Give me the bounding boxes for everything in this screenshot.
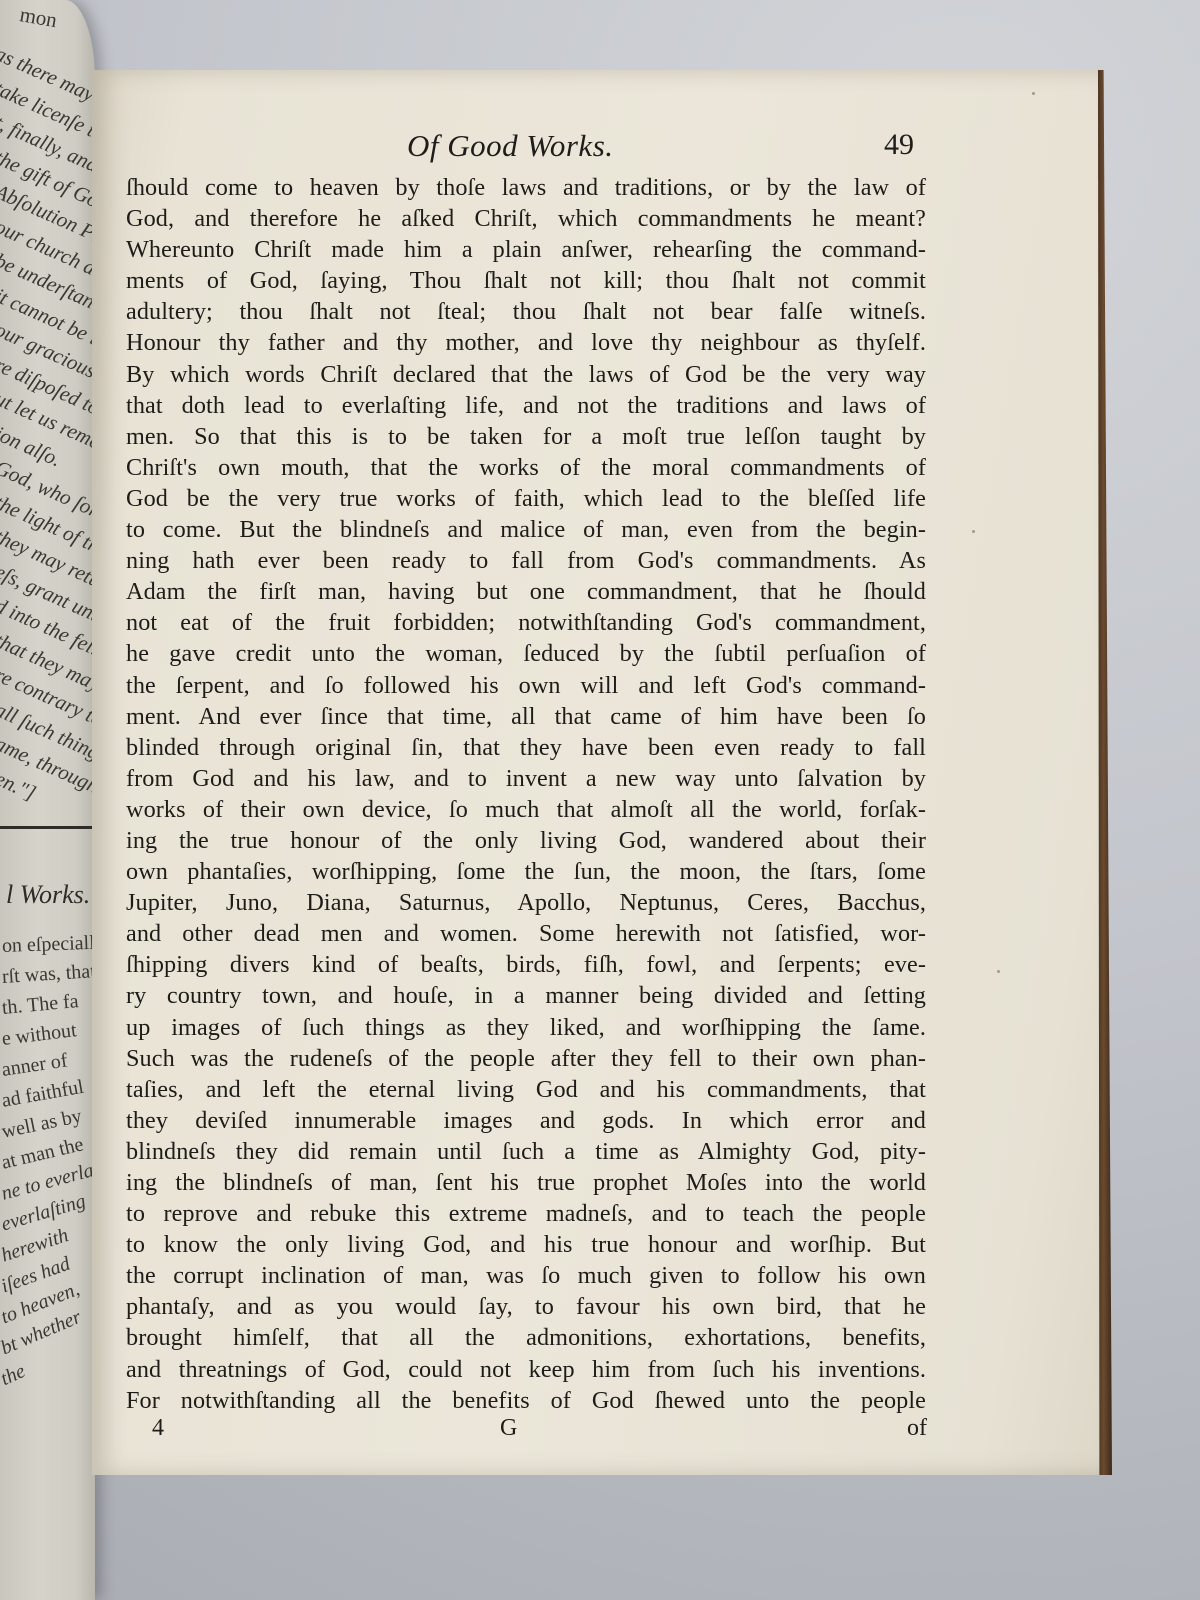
page-footer: 4 G of xyxy=(92,1415,1104,1447)
text-line: to reprove and rebuke this extreme madne… xyxy=(126,1198,926,1229)
text-line: ments of God, ſaying, Thou ſhalt not kil… xyxy=(126,265,926,296)
book-page: Of Good Works. 49 ſhould come to heaven … xyxy=(92,70,1104,1475)
text-line: ry country town, and houſe, in a manner … xyxy=(126,980,926,1011)
text-line: he gave credit unto the woman, ſeduced b… xyxy=(126,638,926,669)
facing-page-text-fragment: anner of xyxy=(0,1049,69,1081)
signature-mark: G xyxy=(500,1415,517,1442)
text-line: works of their own device, ſo much that … xyxy=(126,794,926,825)
text-line: ment. And ever ſince that time, all that… xyxy=(126,701,926,732)
facing-page-text-fragment: e without xyxy=(1,1019,78,1051)
signature-number: 4 xyxy=(152,1415,164,1442)
facing-page-subheading: l Works. xyxy=(6,880,90,910)
text-line: that doth lead to everlaſting life, and … xyxy=(126,390,926,421)
text-line: brought himſelf, that all the admonition… xyxy=(126,1322,926,1353)
text-line: God, and therefore he aſked Chriſt, whic… xyxy=(126,203,926,234)
facing-page-text-fragment: the xyxy=(0,1360,29,1391)
text-line: own phantaſies, worſhipping, ſome the ſu… xyxy=(126,856,926,887)
text-line: the corrupt inclination of man, was ſo m… xyxy=(126,1260,926,1291)
text-line: By which words Chriſt declared that the … xyxy=(126,359,926,390)
text-line: up images of ſuch things as they liked, … xyxy=(126,1012,926,1043)
facing-page: monas there may btake licenſe tot, final… xyxy=(0,0,95,1600)
section-rule xyxy=(0,826,95,829)
text-line: adultery; thou ſhalt not ſteal; thou ſha… xyxy=(126,296,926,327)
text-line: they deviſed innumerable images and gods… xyxy=(126,1105,926,1136)
facing-page-text-fragment: th. The fa xyxy=(1,990,80,1020)
text-line: ing the true honour of the only living G… xyxy=(126,825,926,856)
catchword: of xyxy=(907,1415,927,1442)
running-title: Of Good Works. xyxy=(407,128,614,164)
text-line: Honour thy father and thy mother, and lo… xyxy=(126,327,926,358)
page-header: Of Good Works. 49 xyxy=(92,128,1104,168)
text-line: phantaſy, and as you would ſay, to favou… xyxy=(126,1291,926,1322)
text-line: ing the blindneſs of man, ſent his true … xyxy=(126,1167,926,1198)
page-body-text: ſhould come to heaven by thoſe laws and … xyxy=(126,172,926,1416)
text-line: from God and his law, and to invent a ne… xyxy=(126,763,926,794)
text-line: the ſerpent, and ſo followed his own wil… xyxy=(126,670,926,701)
text-line: Adam the firſt man, having but one comma… xyxy=(126,576,926,607)
text-line: and threatnings of God, could not keep h… xyxy=(126,1354,926,1385)
paper-speck xyxy=(997,970,1000,973)
text-line: Jupiter, Juno, Diana, Saturnus, Apollo, … xyxy=(126,887,926,918)
text-line: God be the very true works of faith, whi… xyxy=(126,483,926,514)
text-line: to know the only living God, and his tru… xyxy=(126,1229,926,1260)
text-line: and other dead men and women. Some herew… xyxy=(126,918,926,949)
paper-speck xyxy=(1032,92,1035,95)
facing-page-text-fragment: mon xyxy=(18,2,59,33)
facing-page-text-fragment: on eſpecially xyxy=(2,931,95,958)
text-line: Whereunto Chriſt made him a plain anſwer… xyxy=(126,234,926,265)
text-line: Such was the rudeneſs of the people afte… xyxy=(126,1043,926,1074)
text-line: not eat of the fruit forbidden; notwithſ… xyxy=(126,607,926,638)
facing-page-text-fragment: rſt was, that xyxy=(1,960,95,989)
paper-speck xyxy=(972,530,975,533)
text-line: men. So that this is to be taken for a m… xyxy=(126,421,926,452)
text-line: Chriſt's own mouth, that the works of th… xyxy=(126,452,926,483)
text-line: blinded through original ſin, that they … xyxy=(126,732,926,763)
text-line: ſhipping divers kind of beaſts, birds, f… xyxy=(126,949,926,980)
text-line: For notwithſtanding all the benefits of … xyxy=(126,1385,926,1416)
text-line: to come. But the blindneſs and malice of… xyxy=(126,514,926,545)
text-line: ſhould come to heaven by thoſe laws and … xyxy=(126,172,926,203)
text-line: ning hath ever been ready to fall from G… xyxy=(126,545,926,576)
text-line: blindneſs they did remain until ſuch a t… xyxy=(126,1136,926,1167)
text-line: taſies, and left the eternal living God … xyxy=(126,1074,926,1105)
page-number: 49 xyxy=(884,128,914,162)
